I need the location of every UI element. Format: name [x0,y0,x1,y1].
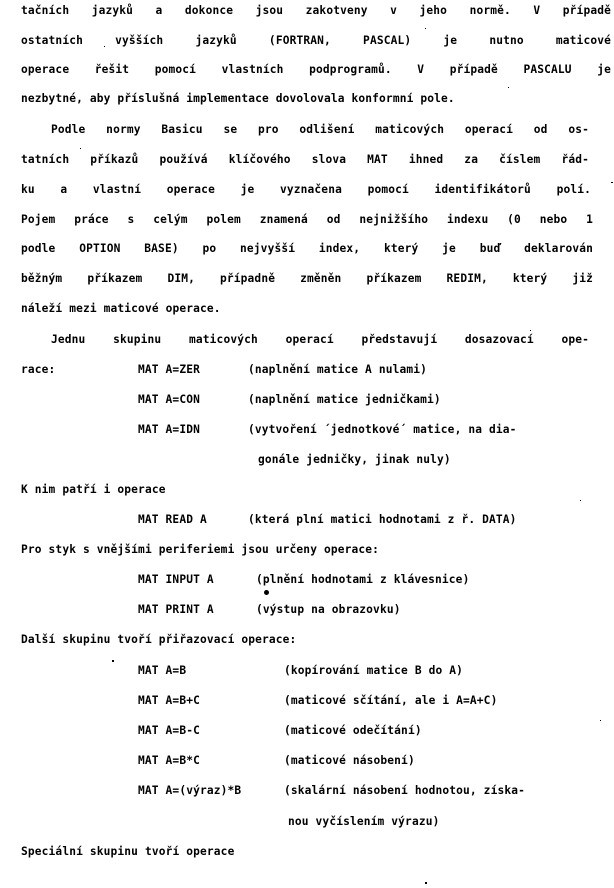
paragraph-1-line-3: operace řešit pomocí vlastních podprogra… [21,63,611,77]
paragraph-2-line-5: podle OPTION BASE) po nejvyšší index, kt… [21,242,593,256]
scan-noise [530,330,531,331]
op-command: MAT A=IDN [138,423,200,437]
op-description-continuation: nou vyčíslením výrazu) [288,815,439,829]
scan-noise [611,182,613,183]
op-description: (která plní matici hodnotami z ř. DATA) [248,513,517,527]
op-description: (kopírování matice B do A) [284,664,463,678]
op-command: MAT PRINT A [138,603,214,617]
op-command: MAT INPUT A [138,573,214,587]
op-description: (skalární násobení hodnotou, získa- [284,784,525,798]
read-intro: K nim patří i operace [21,483,166,497]
paragraph-2-line-4: Pojem práce s celým polem znamená od nej… [21,213,593,227]
op-command: MAT A=B-C [138,724,200,738]
paragraph-1-line-1: tačních jazyků a dokonce jsou zakotveny … [21,4,611,18]
paragraph-2-line-6: běžným příkazem DIM, případně změněn pří… [21,272,593,286]
scan-noise [580,500,581,501]
op-description: (výstup na obrazovku) [256,603,401,617]
op-description: (vytvoření ´jednotkové´ matice, na dia- [248,423,517,437]
ink-blot [264,590,269,595]
special-intro: Speciální skupinu tvoří operace [21,845,234,859]
io-intro: Pro styk s vnějšími periferiemi jsou urč… [21,543,379,557]
paragraph-2-line-7: náleží mezi maticové operace. [21,302,221,316]
op-command: MAT A=B+C [138,694,200,708]
paragraph-3-intro: Jednu skupinu maticových operací předsta… [51,333,589,347]
op-command: MAT A=B [138,664,186,678]
scan-noise [508,87,509,88]
op-description: (maticové násobení) [284,754,415,768]
op-description: (maticové odečítání) [284,724,422,738]
scan-noise [425,28,426,29]
op-description: (plnění hodnotami z klávesnice) [256,573,469,587]
paragraph-2-line-1: Podle normy Basicu se pro odlišení matic… [51,123,589,137]
op-description-continuation: gonále jedničky, jinak nuly) [258,453,451,467]
assign-intro: Další skupinu tvoří přiřazovací operace: [21,633,296,647]
scan-noise [80,148,81,149]
paragraph-3-lead: race: [21,363,55,377]
scan-noise [600,720,601,721]
scan-noise [112,660,114,662]
op-command: MAT A=(výraz)*B [138,784,241,798]
paragraph-2-line-3: ku a vlastní operace je vyznačena pomocí… [21,183,591,197]
paragraph-2-line-2: tatních příkazů používá klíčového slova … [21,153,589,167]
op-command: MAT A=ZER [138,363,200,377]
paragraph-1-line-2: ostatních vyšších jazyků (FORTRAN, PASCA… [21,34,611,48]
op-description: (maticové sčítání, ale i A=A+C) [284,694,497,708]
scanned-document-page: tačních jazyků a dokonce jsou zakotveny … [0,0,614,888]
scan-noise [425,882,427,884]
op-command: MAT READ A [138,513,207,527]
scan-noise [104,46,105,47]
op-command: MAT A=CON [138,393,200,407]
op-description: (naplnění matice jedničkami) [248,393,441,407]
op-description: (naplnění matice A nulami) [248,363,427,377]
op-command: MAT A=B*C [138,754,200,768]
paragraph-1-line-4: nezbytné, aby příslušná implementace dov… [21,92,455,106]
